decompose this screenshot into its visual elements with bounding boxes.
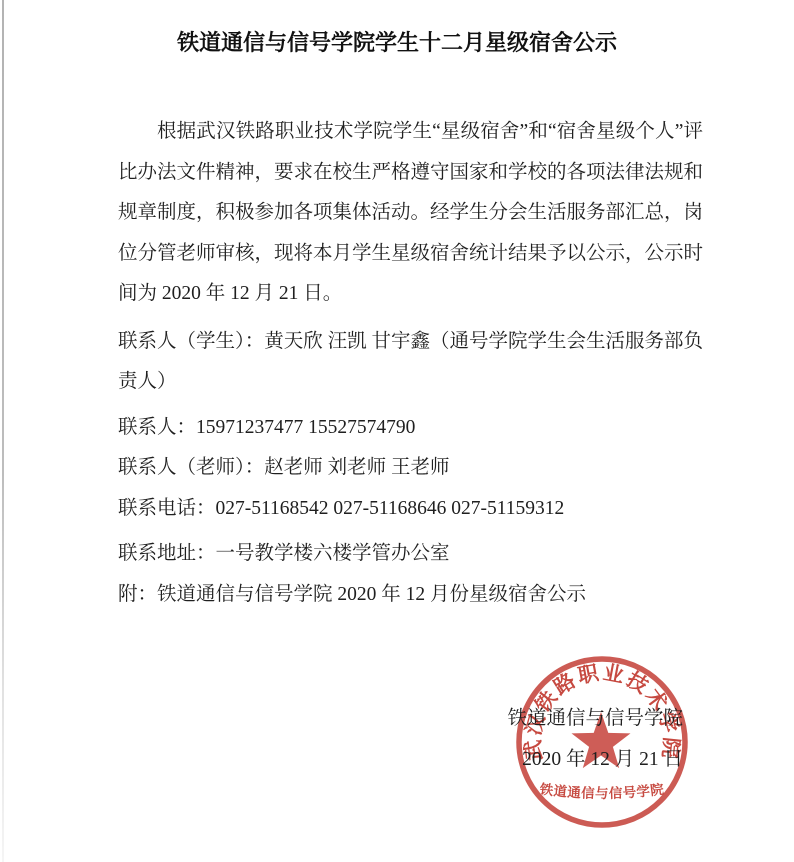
contact-line-address: 联系地址：一号教学楼六楼学管办公室 bbox=[118, 534, 703, 575]
contact-line-office-phones: 联系电话：027-51168542 027-51168646 027-51159… bbox=[118, 489, 703, 530]
intro-paragraph: 根据武汉铁路职业技术学院学生“星级宿舍”和“宿舍星级个人”评比办法文件精神，要求… bbox=[118, 112, 703, 315]
contact-line-teachers: 联系人（老师）：赵老师 刘老师 王老师 bbox=[118, 448, 703, 489]
scan-edge-line bbox=[2, 0, 4, 862]
document-body: 根据武汉铁路职业技术学院学生“星级宿舍”和“宿舍星级个人”评比办法文件精神，要求… bbox=[0, 112, 794, 615]
signature-date: 2020 年 12 月 21 日 bbox=[507, 740, 683, 781]
seal-bottom-text: 铁道通信与信号学院 bbox=[538, 781, 665, 801]
contact-line-student-phones: 联系人：15971237477 15527574790 bbox=[118, 408, 703, 449]
contact-line-students: 联系人（学生）：黄天欣 汪凯 甘宇鑫（通号学院学生会生活服务部负责人） bbox=[118, 322, 703, 403]
contact-info-block: 联系人（学生）：黄天欣 汪凯 甘宇鑫（通号学院学生会生活服务部负责人） 联系人：… bbox=[118, 322, 703, 616]
signature-org: 铁道通信与信号学院 bbox=[507, 699, 683, 740]
signature-block: 铁道通信与信号学院 2020 年 12 月 21 日 bbox=[507, 699, 683, 780]
seal-bottom-text-holder: 铁道通信与信号学院 bbox=[538, 781, 665, 801]
document-title: 铁道通信与信号学院学生十二月星级宿舍公示 bbox=[0, 0, 794, 59]
document-page: 铁道通信与信号学院学生十二月星级宿舍公示 根据武汉铁路职业技术学院学生“星级宿舍… bbox=[0, 0, 794, 862]
attachment-line: 附：铁道通信与信号学院 2020 年 12 月份星级宿舍公示 bbox=[118, 575, 703, 616]
